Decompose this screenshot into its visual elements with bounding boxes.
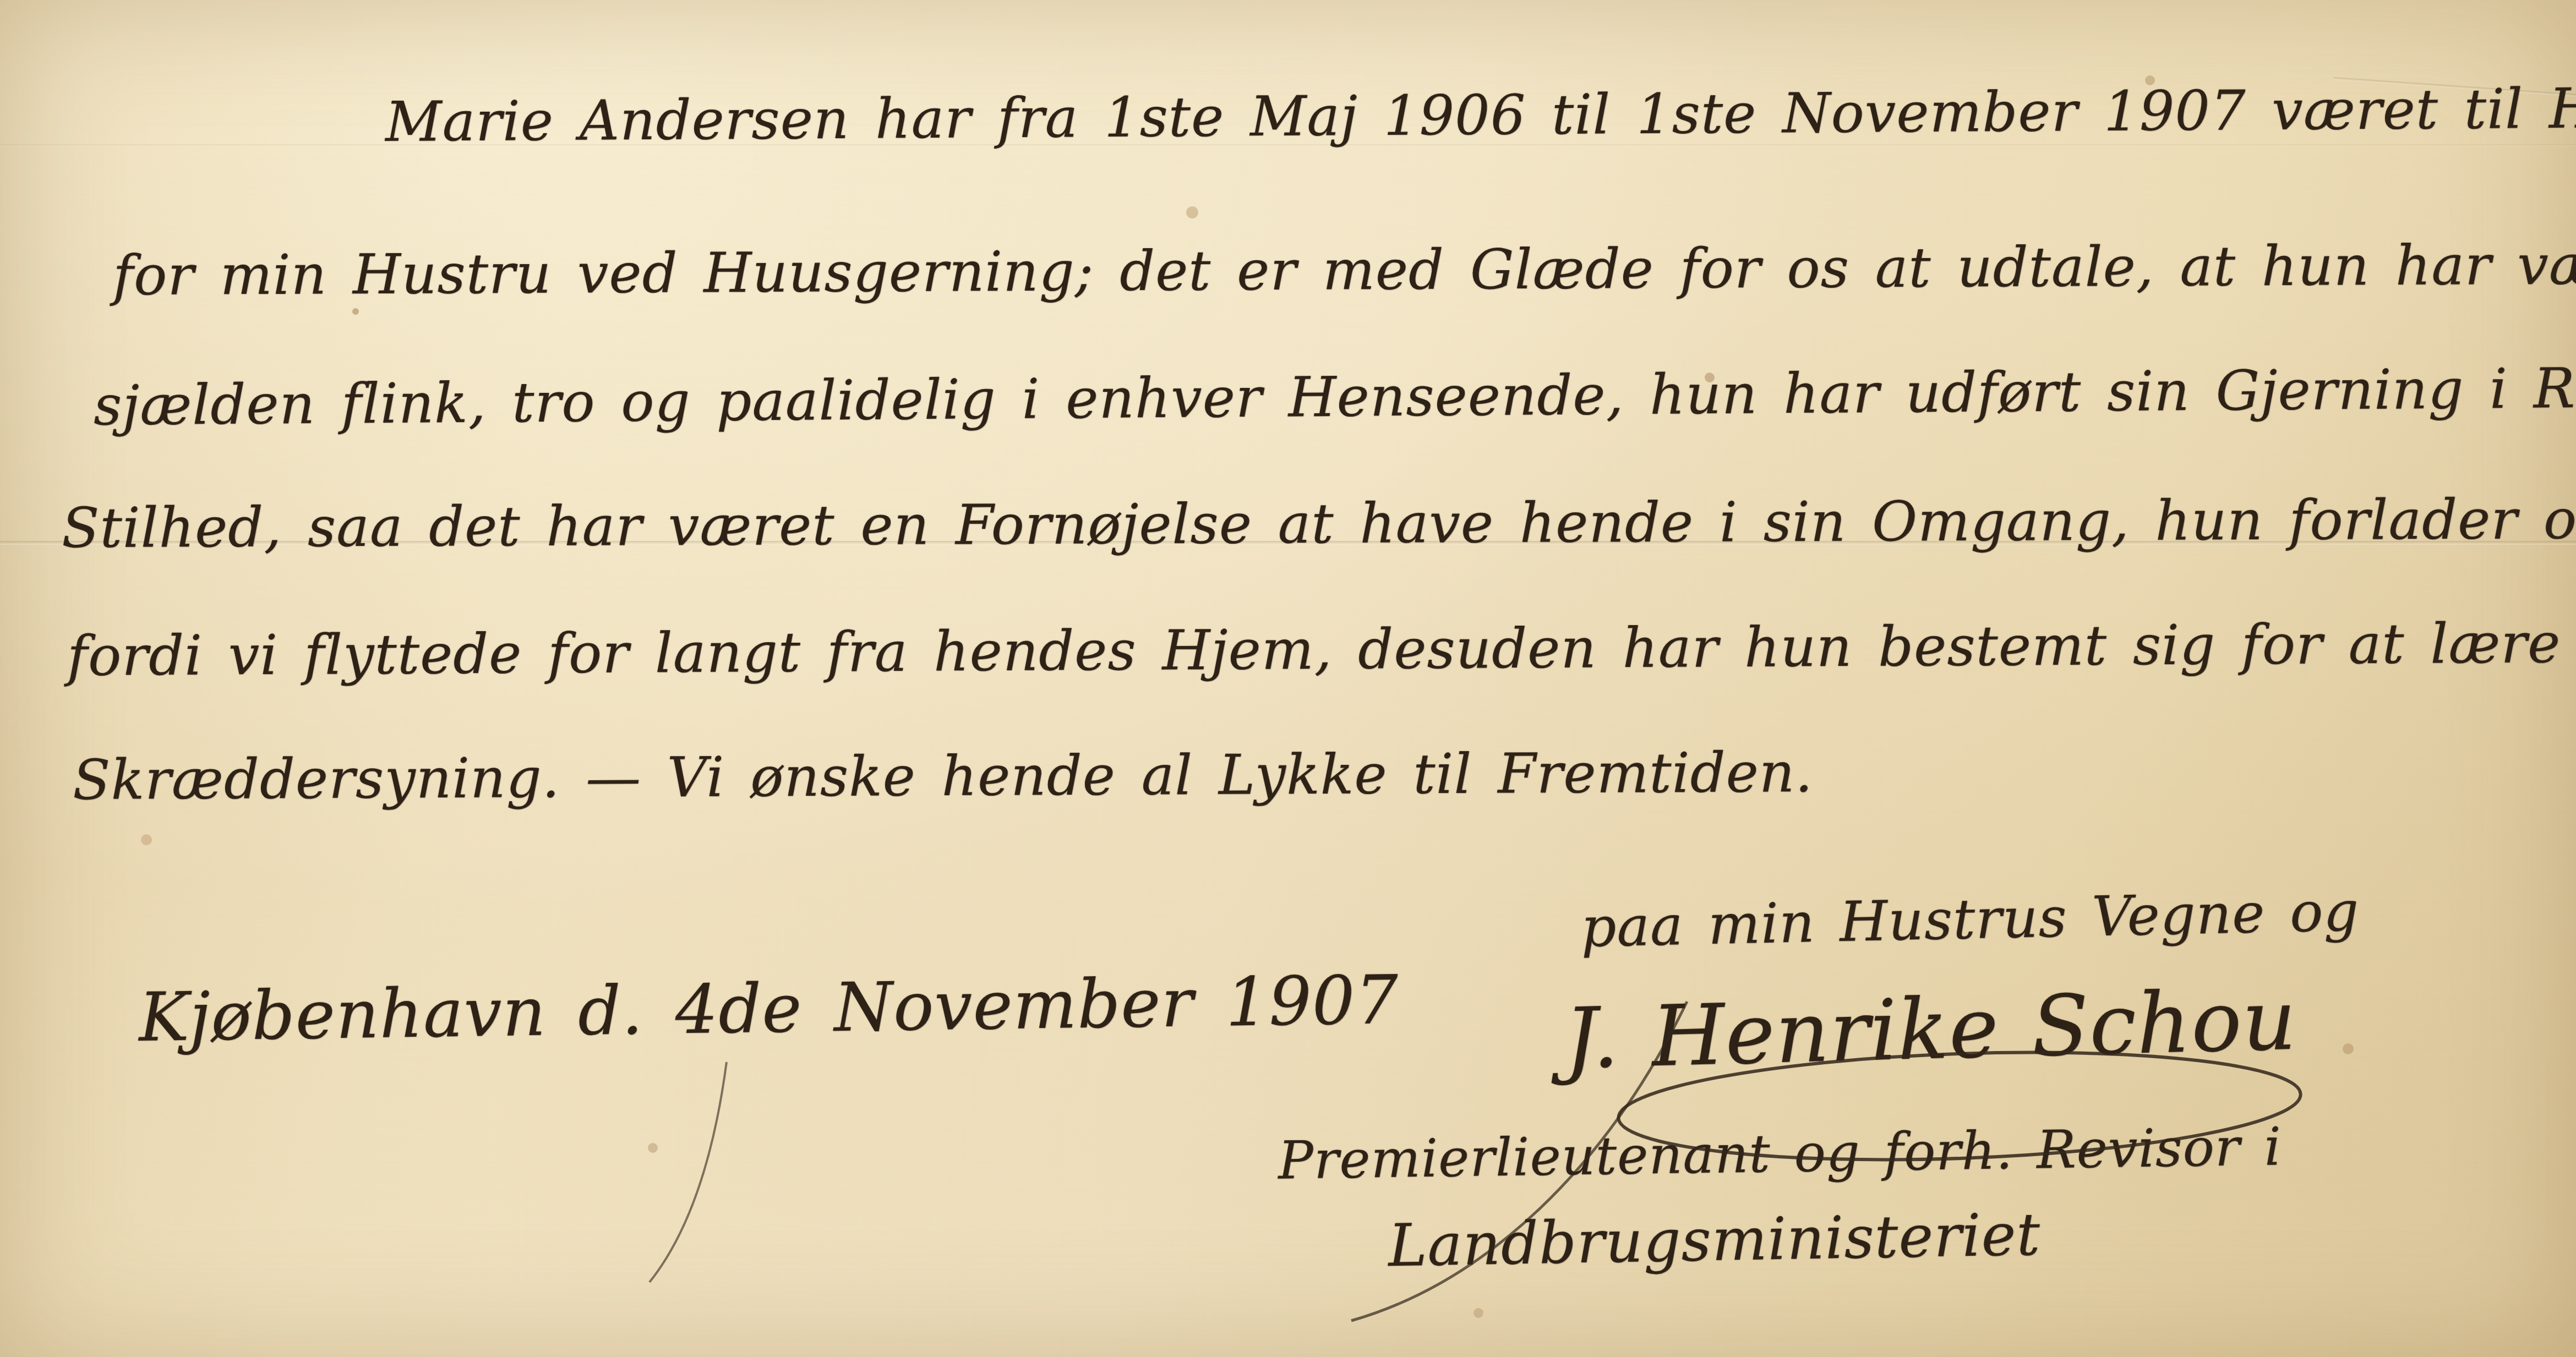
closing-on-behalf: paa min Hustrus Vegne og	[1580, 879, 2360, 960]
signer-title: Premierlieutenant og forh. Revisor i	[1278, 1117, 2282, 1191]
signer-organization: Landbrugsministeriet	[1388, 1201, 2041, 1280]
letter-line: fordi vi flyttede for langt fra hendes H…	[67, 611, 2561, 688]
dateline: Kjøbenhavn d. 4de November 1907	[138, 961, 1399, 1057]
signature: J. Henrike Schou	[1563, 971, 2298, 1088]
letter-line: sjælden flink, tro og paalidelig i enhve…	[94, 355, 2576, 437]
letter-line: Marie Andersen har fra 1ste Maj 1906 til…	[385, 75, 2576, 154]
letter-line: Stilhed, saa det har været en Fornøjelse…	[62, 487, 2576, 560]
paper-specks	[352, 308, 359, 315]
letter-line: for min Hustru ved Huusgerning; det er m…	[113, 232, 2576, 308]
letter-line: Skræddersyning. — Vi ønske hende al Lykk…	[73, 740, 1813, 812]
letter-page: Marie Andersen har fra 1ste Maj 1906 til…	[0, 0, 2576, 1357]
